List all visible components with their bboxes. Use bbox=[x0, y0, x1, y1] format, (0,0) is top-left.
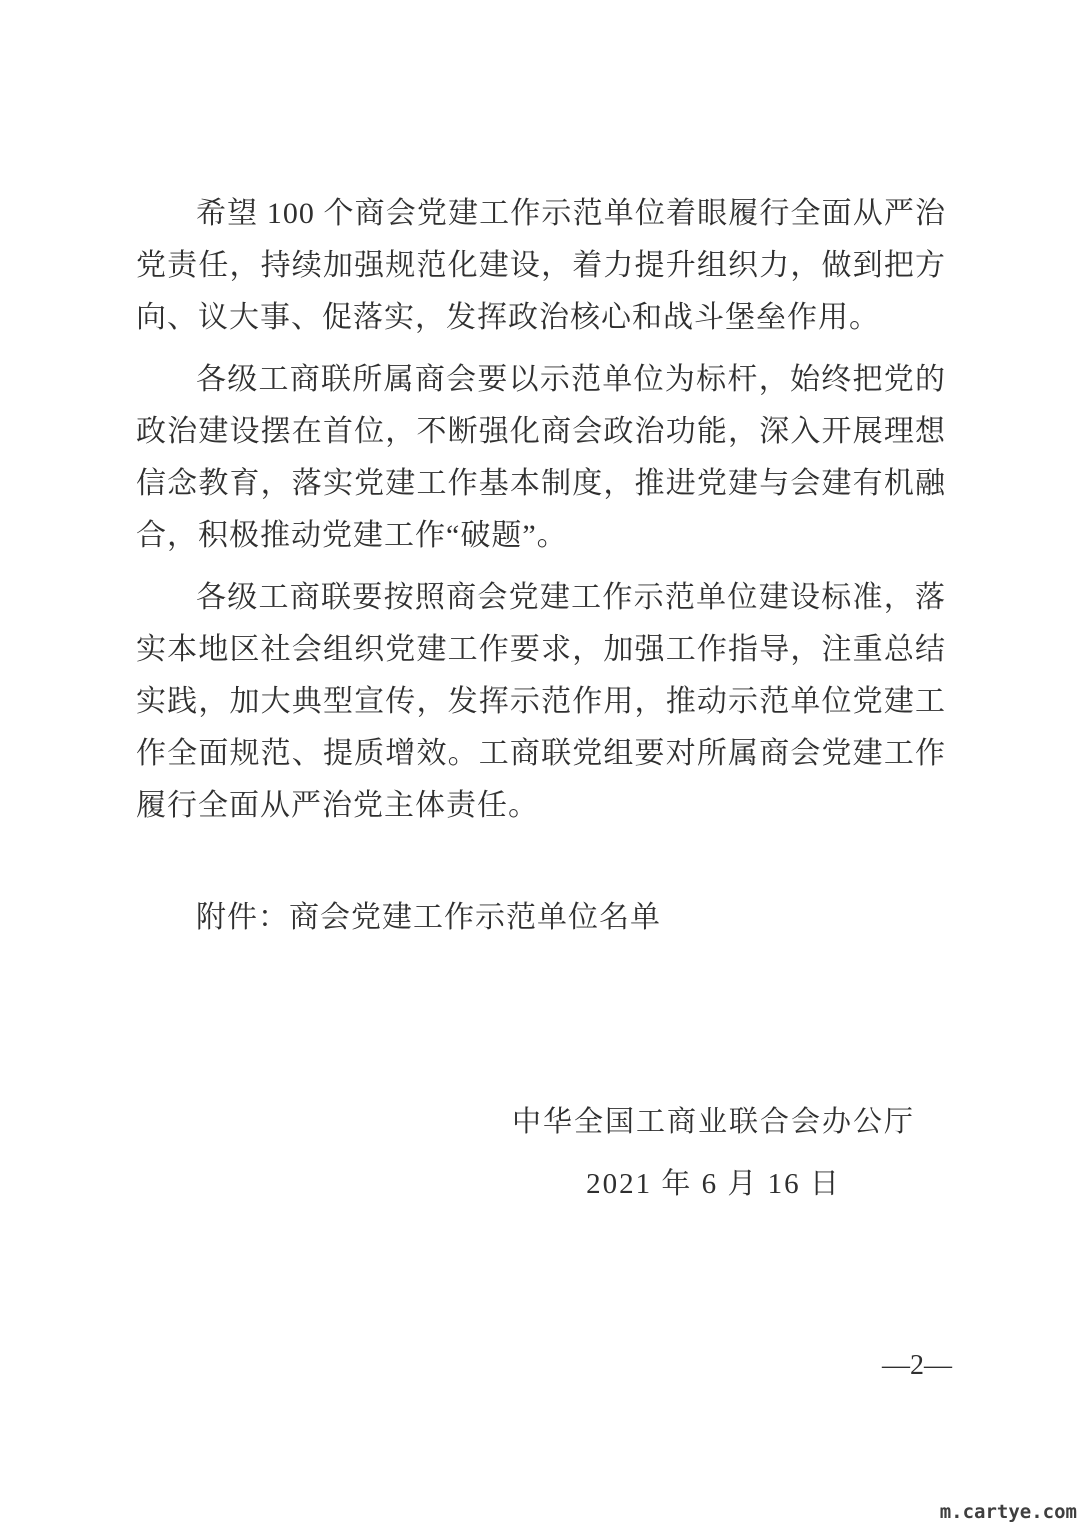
paragraph-3: 各级工商联要按照商会党建工作示范单位建设标准，落实本地区社会组织党建工作要求，加… bbox=[136, 572, 946, 832]
signature-organization: 中华全国工商业联合会办公厅 bbox=[512, 1100, 915, 1144]
signature-block: 中华全国工商业联合会办公厅 2021 年 6 月 16 日 bbox=[512, 1100, 915, 1206]
signature-date: 2021 年 6 月 16 日 bbox=[512, 1162, 915, 1206]
document-body: 希望 100 个商会党建工作示范单位着眼履行全面从严治党责任，持续加强规范化建设… bbox=[136, 188, 946, 842]
paragraph-1: 希望 100 个商会党建工作示范单位着眼履行全面从严治党责任，持续加强规范化建设… bbox=[136, 188, 946, 344]
attachment-line: 附件：商会党建工作示范单位名单 bbox=[136, 896, 946, 940]
watermark-text: m.cartye.com bbox=[940, 1501, 1077, 1523]
document-page: 希望 100 个商会党建工作示范单位着眼履行全面从严治党责任，持续加强规范化建设… bbox=[0, 0, 1080, 1527]
page-number: —2— bbox=[882, 1350, 952, 1382]
paragraph-2: 各级工商联所属商会要以示范单位为标杆，始终把党的政治建设摆在首位，不断强化商会政… bbox=[136, 354, 946, 562]
